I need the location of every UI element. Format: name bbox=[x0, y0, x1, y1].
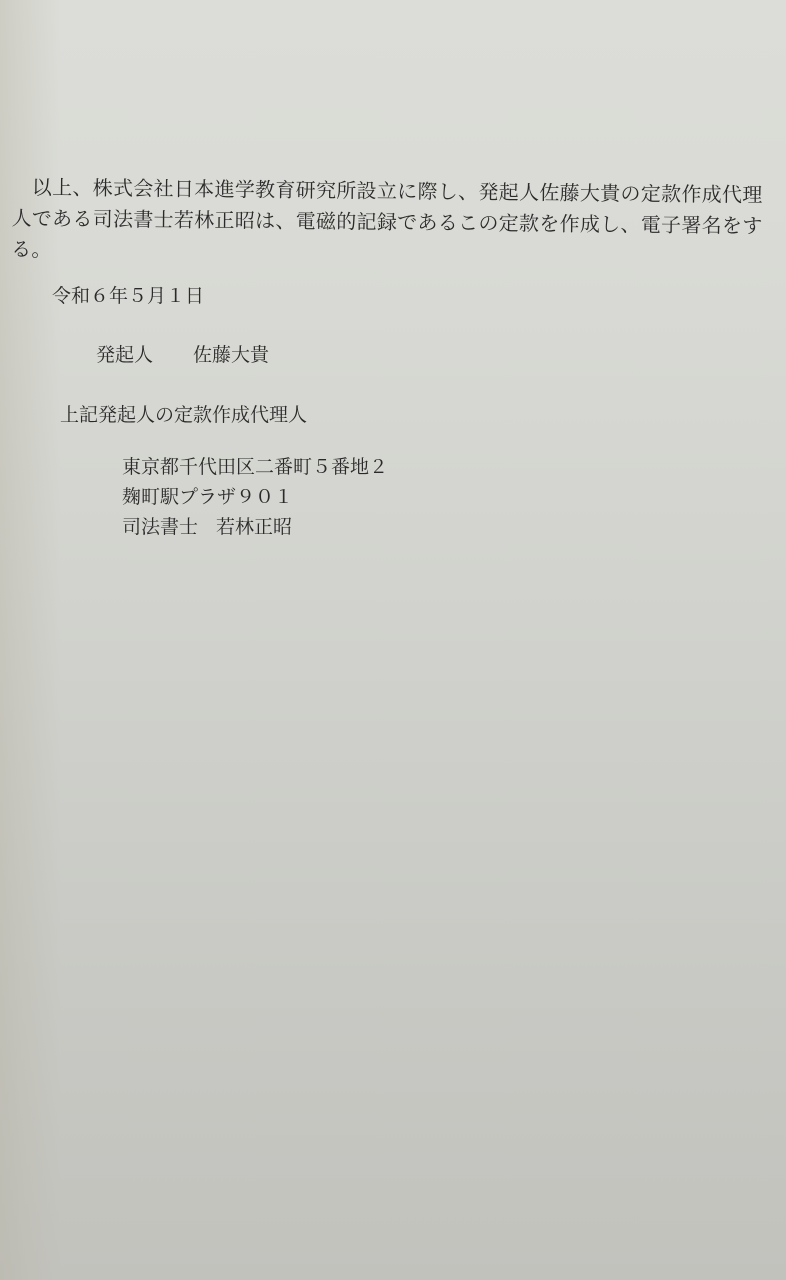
promoter-name: 佐藤大貴 bbox=[193, 344, 269, 366]
agent-address-line1: 東京都千代田区二番町５番地２ bbox=[122, 452, 388, 482]
agent-name: 若林正昭 bbox=[216, 516, 292, 538]
promoter-line: 発起人佐藤大貴 bbox=[96, 340, 269, 367]
agent-block: 東京都千代田区二番町５番地２ 麹町駅プラザ９０１ 司法書士若林正昭 bbox=[122, 452, 388, 542]
agent-title: 司法書士 bbox=[122, 516, 198, 538]
document-page: 以上、株式会社日本進学教育研究所設立に際し、発起人佐藤大貴の定款作成代理 人であ… bbox=[0, 0, 786, 1280]
document-date: 令和６年５月１日 bbox=[52, 281, 204, 308]
closing-paragraph: 以上、株式会社日本進学教育研究所設立に際し、発起人佐藤大貴の定款作成代理 人であ… bbox=[11, 172, 772, 273]
agent-address-line2: 麹町駅プラザ９０１ bbox=[122, 482, 388, 512]
agent-signature-line: 司法書士若林正昭 bbox=[122, 512, 388, 542]
promoter-label: 発起人 bbox=[96, 344, 153, 366]
agent-heading: 上記発起人の定款作成代理人 bbox=[60, 400, 307, 427]
